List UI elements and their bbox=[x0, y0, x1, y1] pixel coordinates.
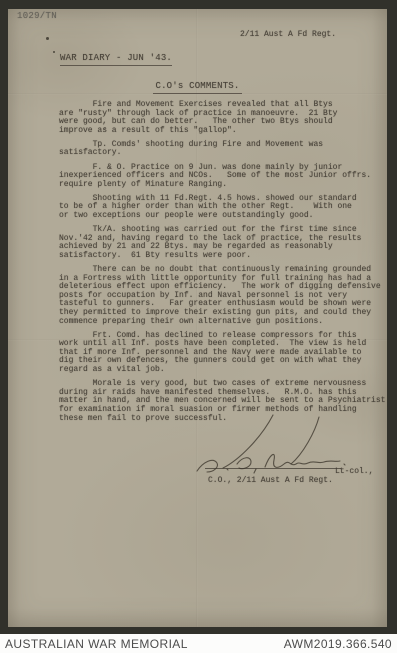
ink-speck bbox=[46, 37, 49, 40]
paragraph: There can be no doubt that continuously … bbox=[59, 266, 393, 326]
co-comments-heading: C.O's COMMENTS. bbox=[153, 81, 241, 94]
paragraph: Frt. Comd. has declined to release compr… bbox=[59, 332, 393, 375]
paragraph: Tp. Comds' shooting during Fire and Move… bbox=[59, 141, 393, 158]
paragraph: Fire and Movement Exercises revealed tha… bbox=[59, 101, 393, 135]
paragraph: Shooting with 11 Fd.Regt. 4.5 hows. show… bbox=[59, 195, 393, 221]
section-heading-row: C.O's COMMENTS. bbox=[8, 75, 387, 94]
archive-reference-number: AWM2019.366.540 bbox=[284, 637, 392, 651]
signature-rank: Lt-col., bbox=[335, 467, 373, 477]
registry-number-stamp: 1029/TN bbox=[17, 11, 57, 22]
document-body: Fire and Movement Exercises revealed tha… bbox=[59, 101, 393, 429]
paragraph: Tk/A. shooting was carried out for the f… bbox=[59, 226, 393, 260]
signature-role: C.O., 2/11 Aust A Fd Regt. bbox=[208, 476, 333, 486]
ink-speck bbox=[53, 51, 55, 53]
paragraph: F. & O. Practice on 9 Jun. was done main… bbox=[59, 164, 393, 190]
archive-name: AUSTRALIAN WAR MEMORIAL bbox=[5, 637, 188, 651]
signature-line bbox=[205, 468, 341, 469]
diary-title: WAR DIARY - JUN '43. bbox=[60, 53, 172, 66]
scanned-war-diary-page: 1029/TN 2/11 Aust A Fd Regt. WAR DIARY -… bbox=[0, 0, 397, 653]
signature-scrawl bbox=[193, 412, 353, 474]
document-page: 1029/TN 2/11 Aust A Fd Regt. WAR DIARY -… bbox=[8, 9, 387, 627]
unit-header: 2/11 Aust A Fd Regt. bbox=[240, 30, 336, 40]
archive-footer: AUSTRALIAN WAR MEMORIAL AWM2019.366.540 bbox=[0, 634, 397, 653]
